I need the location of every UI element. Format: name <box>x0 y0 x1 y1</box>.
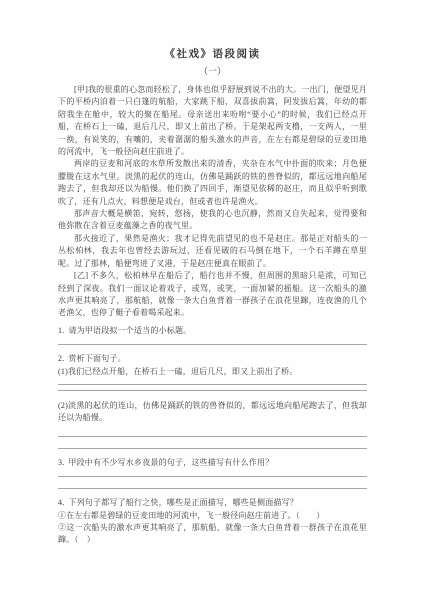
answer-blank-line <box>58 390 367 391</box>
question-4-item-1: ①在左右都是碧绿的豆麦田地的河流中，飞一般径向赵庄前进了。（ ） <box>58 510 367 522</box>
passage-block: [甲]我的很重的心忽而轻松了，身体也似乎舒展到说不出的大。一出门，便望见月下的平… <box>58 84 367 320</box>
question-2-sub-2: (2)淡黑的起伏的连山，仿佛是踊跃的铁的兽脊似的，都远远地向船尾跑去了，但我却还… <box>58 400 367 425</box>
worksheet-page: 《社戏》语段阅读 （一） [甲]我的很重的心忽而轻松了，身体也似乎舒展到说不出的… <box>0 0 424 600</box>
passage-yi: [乙] 不多久，松柏林早在船后了，船行也并不慢，但周围的黑暗只是浓，可知已经到了… <box>58 270 367 320</box>
question-2-sub-1: (1)我们已经点开船，在桥石上一磕，退后几尺，即又上前出了桥。 <box>58 366 367 378</box>
answer-blank-line <box>58 476 367 477</box>
question-4-item-2: ②这一次船头的激水声更其响亮了，那航船，就像一条大白鱼背着一群孩子在浪花里蹿。（… <box>58 522 367 547</box>
passage-jia-para2: 两岸的豆麦和河底的水草所发散出来的清香，夹杂在水气中扑面的吹来；月色便朦胧在这水… <box>58 158 367 208</box>
answer-blank-line <box>58 448 367 449</box>
question-3-number: 3. <box>58 458 64 467</box>
question-4: 4.下列句子都写了船行之快，哪些是正面描写，哪些是侧面描写？ <box>58 497 367 509</box>
answer-blank-line <box>58 344 367 345</box>
answer-blank-line <box>58 488 367 489</box>
question-1: 1.请为甲语段拟一个适当的小标题。 <box>58 325 367 337</box>
question-2-text: 赏析下面句子。 <box>68 354 125 363</box>
question-2-sub-1-text: 我们已经点开船，在桥石上一磕，退后几尺，即又上前出了桥。 <box>68 367 298 376</box>
question-2-number: 2. <box>58 354 64 363</box>
answer-blank-line <box>58 384 367 385</box>
passage-jia-para3: 那声音大概是横笛，宛转，悠扬，使我的心也沉静，然而又自失起来，觉得要和他弥散在含… <box>58 208 367 233</box>
question-2-sub-1-number: (1) <box>58 367 68 376</box>
question-3-text: 甲段中有不少写水乡夜景的句子，这些描写有什么作用？ <box>68 458 273 467</box>
question-2-sub-2-text: 淡黑的起伏的连山，仿佛是踊跃的铁的兽脊似的，都远远地向船尾跑去了，但我却还以为船… <box>58 401 367 422</box>
question-2-sub-2-number: (2) <box>58 401 68 410</box>
question-1-number: 1. <box>58 326 64 335</box>
section-label: （一） <box>58 65 367 77</box>
question-4-text: 下列句子都写了船行之快，哪些是正面描写，哪些是侧面描写？ <box>68 498 298 507</box>
question-4-number: 4. <box>58 498 64 507</box>
passage-jia: [甲]我的很重的心忽而轻松了，身体也似乎舒展到说不出的大。一出门，便望见月下的平… <box>58 84 367 158</box>
question-3: 3.甲段中有不少写水乡夜景的句子，这些描写有什么作用？ <box>58 457 367 469</box>
answer-blank-line <box>58 436 367 437</box>
question-1-text: 请为甲语段拟一个适当的小标题。 <box>68 326 191 335</box>
passage-jia-para4: 那火接近了，果然是渔火；我才记得先前望见的也不是赵庄。那是正对船头的一丛松柏林，… <box>58 233 367 270</box>
question-2: 2.赏析下面句子。 <box>58 353 367 365</box>
page-title: 《社戏》语段阅读 <box>58 48 367 61</box>
